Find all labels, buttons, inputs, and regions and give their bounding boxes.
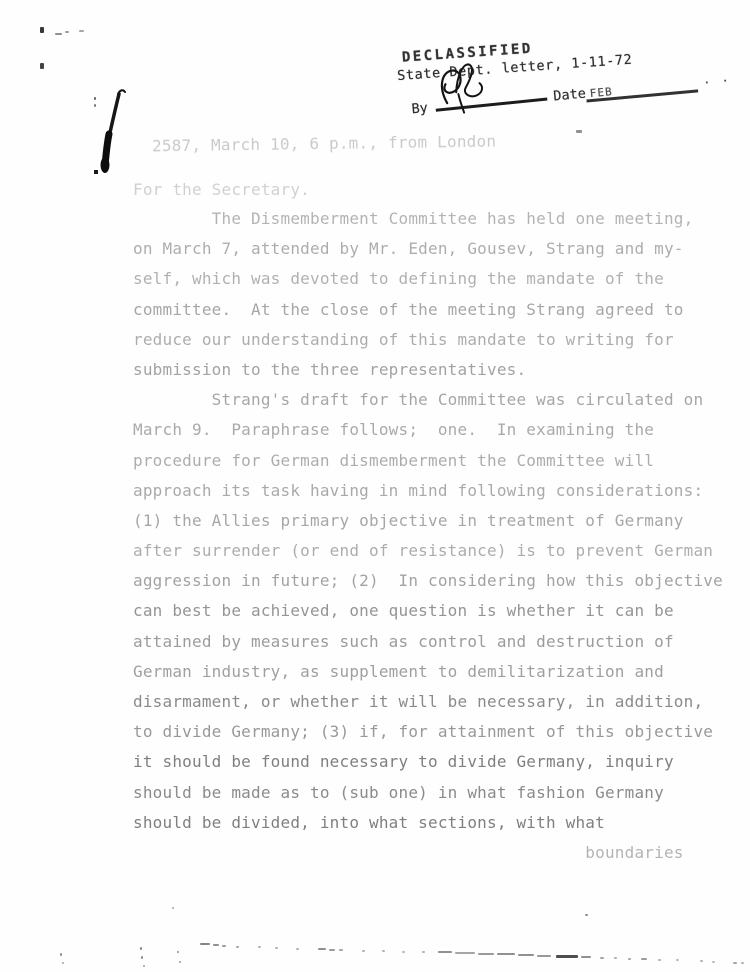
scan-artifact — [581, 956, 591, 958]
scan-artifact — [55, 33, 62, 35]
scan-artifact — [576, 130, 582, 133]
scan-artifact — [200, 943, 210, 945]
scan-artifact — [40, 27, 44, 33]
scan-artifact — [213, 944, 219, 946]
scan-artifact — [172, 907, 174, 909]
signature-scribble — [434, 59, 500, 116]
scan-artifact — [614, 957, 617, 959]
scan-artifact — [94, 97, 96, 100]
typed-line: procedure for German dismemberment the C… — [133, 446, 743, 476]
scan-artifact — [676, 959, 679, 961]
scanned-document-page: DECLASSIFIED State Dept. letter, 1-11-72… — [0, 0, 750, 972]
handwritten-ink-mark — [92, 88, 132, 180]
scan-artifact — [236, 946, 239, 948]
typed-line: to divide Germany; (3) if, for attainmen… — [133, 717, 743, 747]
stamp-date-value: FEB — [585, 77, 698, 102]
typed-line: it should be found necessary to divide G… — [133, 747, 743, 777]
scan-artifact — [140, 947, 142, 950]
scan-artifact — [329, 949, 335, 951]
typed-line: The Dismemberment Committee has held one… — [133, 204, 743, 234]
typed-body: The Dismemberment Committee has held one… — [133, 204, 743, 868]
scan-artifact — [422, 951, 425, 953]
scan-artifact — [222, 945, 226, 947]
typed-line: German industry, as supplement to demili… — [133, 657, 743, 687]
typed-line: should be made as to (sub one) in what f… — [133, 778, 743, 808]
typed-line: attained by measures such as control and… — [133, 627, 743, 657]
scan-artifact — [141, 956, 143, 959]
scan-artifact — [455, 952, 475, 954]
scan-artifact — [177, 951, 179, 953]
typed-line: approach its task having in mind followi… — [133, 476, 743, 506]
scan-artifact — [296, 948, 299, 950]
scan-artifact — [700, 960, 703, 962]
scan-artifact — [258, 946, 261, 948]
typed-line: on March 7, attended by Mr. Eden, Gousev… — [133, 234, 743, 264]
scan-artifact — [658, 959, 661, 961]
scan-artifact — [556, 955, 578, 958]
scan-artifact — [179, 961, 181, 963]
declassified-stamp: DECLASSIFIED State Dept. letter, 1-11-72… — [395, 28, 719, 116]
scan-artifact — [478, 953, 494, 955]
scan-artifact — [537, 955, 551, 957]
scan-artifact — [79, 30, 84, 32]
telegram-number-line: 2587, March 10, 6 p.m., from London — [152, 132, 496, 156]
scan-artifact — [275, 947, 278, 949]
typed-line: (1) the Allies primary objective in trea… — [133, 506, 743, 536]
scan-artifact — [65, 31, 69, 33]
stamp-trailing-dots: · · — [703, 73, 732, 89]
scan-artifact — [641, 958, 647, 960]
scan-artifact — [402, 951, 405, 953]
addressee-line: For the Secretary. — [133, 180, 310, 199]
typed-line: can best be achieved, one question is wh… — [133, 596, 743, 626]
scan-artifact — [600, 957, 604, 959]
scan-artifact — [518, 954, 534, 956]
scan-artifact — [318, 948, 326, 950]
typed-line: reduce our understanding of this mandate… — [133, 325, 743, 355]
typed-line: should be divided, into what sections, w… — [133, 808, 743, 838]
typed-line: committee. At the close of the meeting S… — [133, 295, 743, 325]
scan-artifact — [40, 63, 44, 69]
scan-artifact — [712, 961, 715, 963]
stamp-date-label: Date — [553, 86, 587, 105]
stamp-by-date-line: By DateFEB· · — [411, 73, 719, 119]
scan-artifact — [362, 950, 365, 952]
typed-line: submission to the three representatives. — [133, 355, 743, 385]
scan-artifact — [339, 949, 343, 951]
scan-artifact — [62, 962, 64, 964]
typed-line: self, which was devoted to defining the … — [133, 264, 743, 294]
stamp-by-label: By — [411, 100, 429, 117]
typed-line: boundaries — [133, 838, 743, 868]
scan-artifact — [438, 951, 452, 953]
typed-line: Strang's draft for the Committee was cir… — [133, 385, 743, 415]
scan-artifact — [733, 962, 737, 964]
scan-artifact — [94, 104, 96, 107]
typed-line: aggression in future; (2) In considering… — [133, 566, 743, 596]
scan-artifact — [60, 953, 62, 956]
scan-artifact — [143, 965, 145, 967]
scan-artifact — [382, 950, 385, 952]
scan-artifact — [497, 953, 515, 955]
typed-line: disarmament, or whether it will be neces… — [133, 687, 743, 717]
typed-line: March 9. Paraphrase follows; one. In exa… — [133, 415, 743, 445]
scan-artifact — [585, 914, 588, 916]
scan-artifact — [628, 958, 631, 960]
typed-line: after surrender (or end of resistance) i… — [133, 536, 743, 566]
scan-artifact — [741, 962, 744, 964]
